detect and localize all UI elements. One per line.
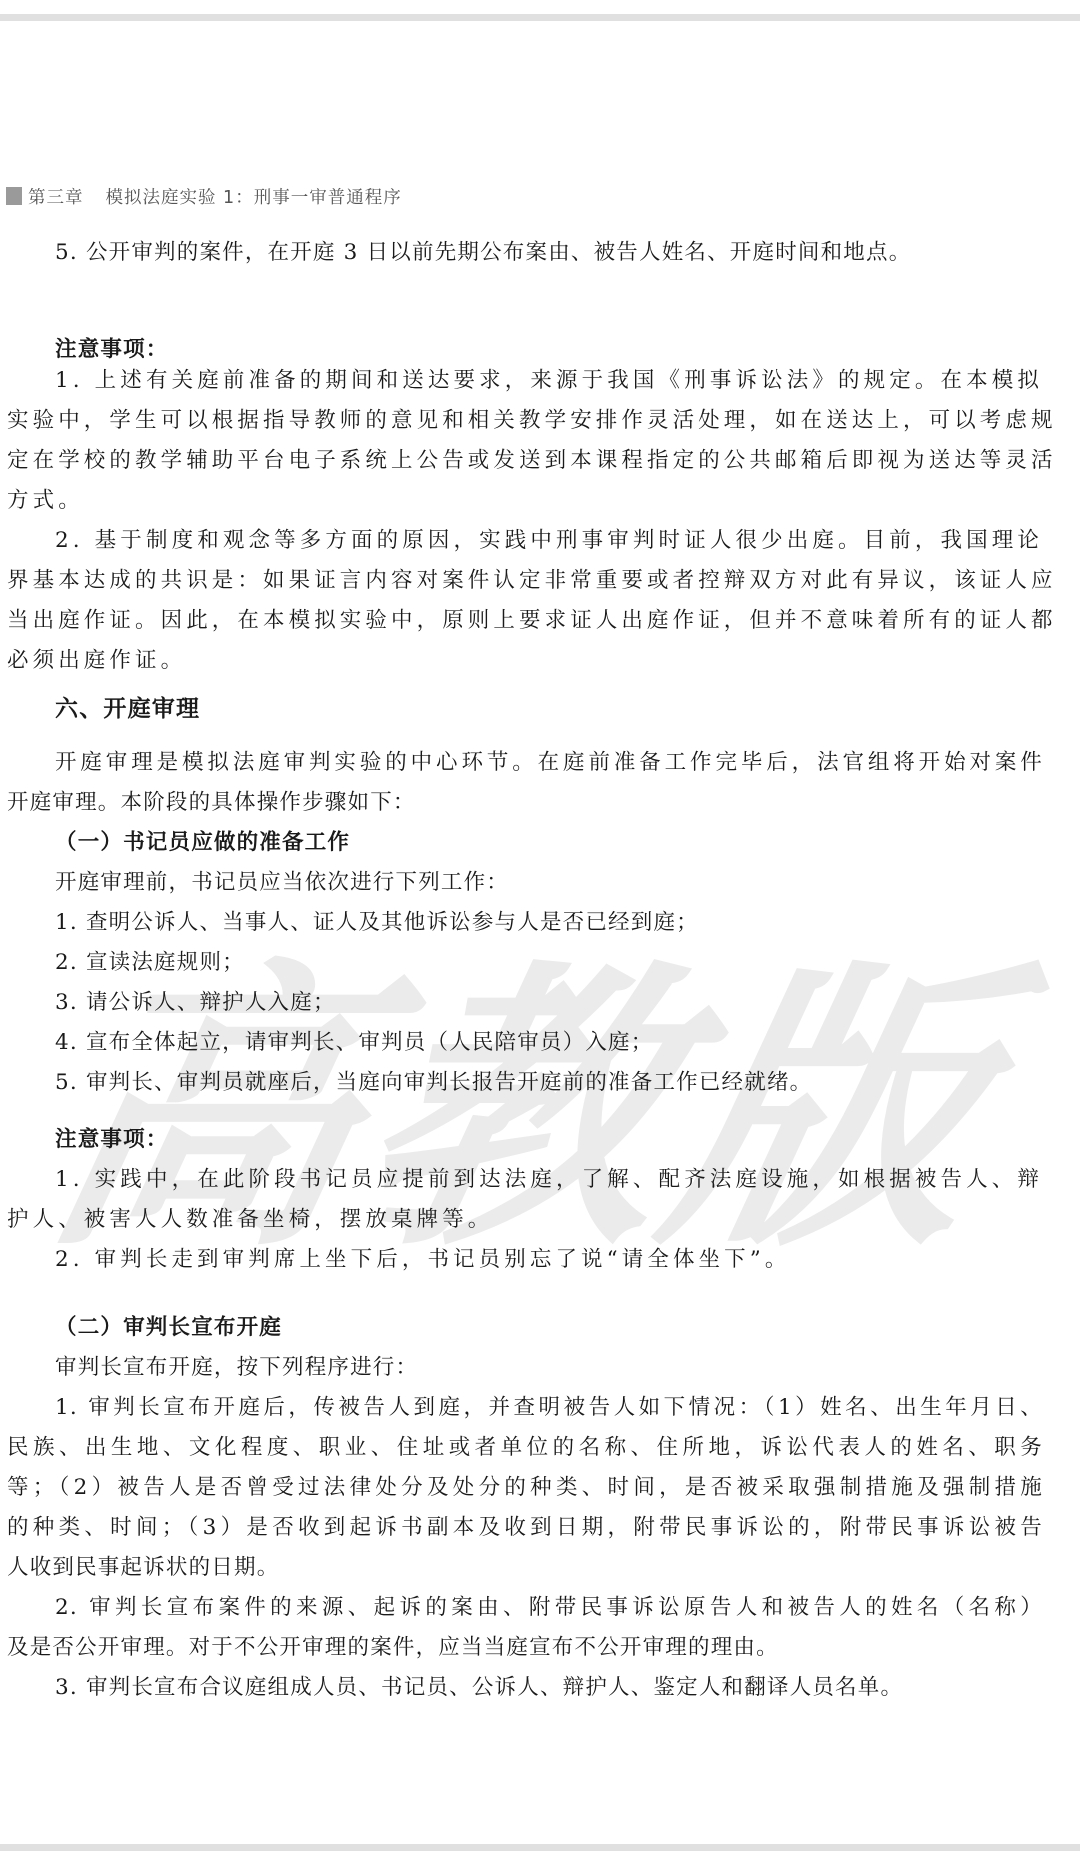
- paragraph-line: 1. 实践中，在此阶段书记员应提前到达法庭，了解、配齐法庭设施，如根据被告人、辩: [55, 1165, 1043, 1195]
- paragraph-line: 定在学校的教学辅助平台电子系统上公告或发送到本课程指定的公共邮箱后即视为送达等灵…: [7, 446, 1043, 476]
- paragraph-line: 3. 审判长宣布合议庭组成人员、书记员、公诉人、辩护人、鉴定人和翻译人员名单。: [55, 1673, 903, 1703]
- paragraph-line: 1. 审判长宣布开庭后，传被告人到庭，并查明被告人如下情况：（1）姓名、出生年月…: [55, 1393, 1043, 1423]
- list-item: 1. 查明公诉人、当事人、证人及其他诉讼参与人是否已经到庭；: [55, 908, 699, 938]
- paragraph-line: 界基本达成的共识是：如果证言内容对案件认定非常重要或者控辩双方对此有异议，该证人…: [7, 566, 1043, 596]
- bottom-scroll-divider: [0, 1844, 1080, 1851]
- paragraph-line: 开庭审理。本阶段的具体操作步骤如下：: [7, 788, 416, 818]
- list-item: 5. 公开审判的案件，在开庭 3 日以前先期公布案由、被告人姓名、开庭时间和地点…: [55, 238, 911, 268]
- paragraph-line: 的种类、时间；（3）是否收到起诉书副本及收到日期，附带民事诉讼的，附带民事诉讼被…: [7, 1513, 1043, 1543]
- paragraph-line: 实验中，学生可以根据指导教师的意见和相关教学安排作灵活处理，如在送达上，可以考虑…: [7, 406, 1043, 436]
- paragraph-line: 方式。: [7, 486, 84, 516]
- list-item: 4. 宣布全体起立，请审判长、审判员（人民陪审员）入庭；: [55, 1028, 653, 1058]
- notes-heading: 注意事项：: [55, 1125, 169, 1155]
- running-head-chapter: 第三章: [28, 184, 84, 209]
- list-item: 2. 宣读法庭规则；: [55, 948, 245, 978]
- paragraph-line: 开庭审理是模拟法庭审判实验的中心环节。在庭前准备工作完毕后，法官组将开始对案件: [55, 748, 1043, 778]
- section-heading: 六、开庭审理: [55, 694, 200, 724]
- paragraph-line: 民族、出生地、文化程度、职业、住址或者单位的名称、住所地，诉讼代表人的姓名、职务: [7, 1433, 1043, 1463]
- top-scroll-divider: [0, 14, 1080, 21]
- paragraph-line: 审判长宣布开庭，按下列程序进行：: [55, 1353, 418, 1383]
- subsection-heading: （二）审判长宣布开庭: [55, 1313, 282, 1343]
- paragraph-line: 人收到民事起诉状的日期。: [7, 1553, 279, 1583]
- header-block-marker-icon: [6, 187, 22, 205]
- paragraph-line: 开庭审理前，书记员应当依次进行下列工作：: [55, 868, 509, 898]
- paragraph-line: 2. 基于制度和观念等多方面的原因，实践中刑事审判时证人很少出庭。目前，我国理论: [55, 526, 1043, 556]
- paragraph-line: 必须出庭作证。: [7, 646, 186, 676]
- subsection-heading: （一）书记员应做的准备工作: [55, 828, 350, 858]
- list-item: 3. 请公诉人、辩护人入庭；: [55, 988, 336, 1018]
- paragraph-line: 2. 审判长走到审判席上坐下后，书记员别忘了说“请全体坐下”。: [55, 1245, 790, 1275]
- paragraph-line: 1. 上述有关庭前准备的期间和送达要求，来源于我国《刑事诉讼法》的规定。在本模拟: [55, 366, 1043, 396]
- notes-heading: 注意事项：: [55, 335, 169, 365]
- paragraph-line: 护人、被害人人数准备坐椅，摆放桌牌等。: [7, 1205, 493, 1235]
- list-item: 5. 审判长、审判员就座后，当庭向审判长报告开庭前的准备工作已经就绪。: [55, 1068, 812, 1098]
- paragraph-line: 2. 审判长宣布案件的来源、起诉的案由、附带民事诉讼原告人和被告人的姓名（名称）: [55, 1593, 1043, 1623]
- running-head: 第三章 模拟法庭实验 1：刑事一审普通程序: [6, 183, 402, 209]
- running-head-title: 模拟法庭实验 1：刑事一审普通程序: [106, 184, 402, 209]
- paragraph-line: 及是否公开审理。对于不公开审理的案件，应当当庭宣布不公开审理的理由。: [7, 1633, 779, 1663]
- paragraph-line: 等；（2）被告人是否曾受过法律处分及处分的种类、时间，是否被采取强制措施及强制措…: [7, 1473, 1043, 1503]
- paragraph-line: 当出庭作证。因此，在本模拟实验中，原则上要求证人出庭作证，但并不意味着所有的证人…: [7, 606, 1043, 636]
